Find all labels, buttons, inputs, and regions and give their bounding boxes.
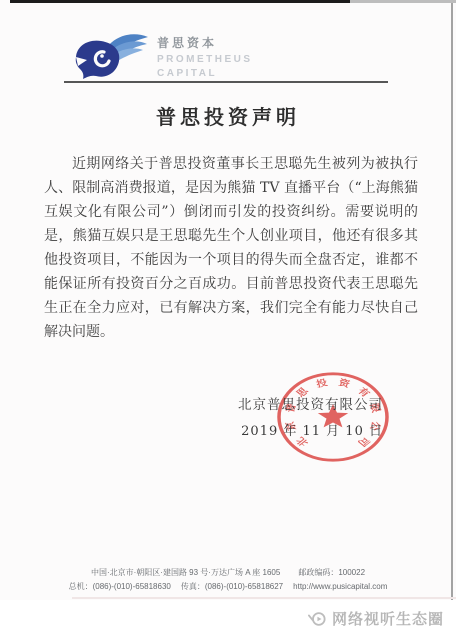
footer-contact: 中国·北京市·朝阳区·建国路 93 号·万达广场 A 座 1605邮政编码：10… [0, 566, 456, 594]
statement-body: 近期网络关于普思投资董事长王思聪先生被列为被执行人、限制高消费报道，是因为熊猫 … [44, 152, 418, 344]
statement-letter-page: 普思资本 PROMETHEUS CAPITAL 普思投资声明 近期网络关于普思投… [0, 0, 456, 640]
letterhead-divider [64, 81, 388, 83]
signature-company: 北京普思投资有限公司 [238, 393, 383, 413]
photo-edge-top [10, 0, 350, 3]
brand-name-cn: 普思资本 [157, 34, 253, 51]
footer-phone: 总机：(086)-(010)-65818630 [69, 582, 171, 591]
photo-edge-top-light [350, 0, 456, 3]
footer-postcode: 邮政编码：100022 [298, 568, 365, 577]
brand-name-en-2: CAPITAL [157, 68, 253, 79]
signature-date: 2019 年 11 月 10 日 [241, 420, 383, 439]
footer-fax: 传真：(086)-(010)-65818627 [181, 582, 283, 591]
photo-edge-right [451, 3, 453, 620]
svg-text:投: 投 [314, 376, 328, 389]
photo-edge-bottom [72, 597, 456, 599]
brand-text: 普思资本 PROMETHEUS CAPITAL [157, 34, 253, 79]
watermark-label: 网络视听生态圈 [332, 608, 444, 629]
footer-address: 中国·北京市·朝阳区·建国路 93 号·万达广场 A 座 1605 [91, 568, 280, 577]
document-title: 普思投资声明 [0, 101, 456, 130]
play-circle-icon [308, 610, 326, 628]
watermark: 网络视听生态圈 [308, 608, 444, 629]
bottom-strip: 网络视听生态圈 [0, 600, 456, 640]
footer-website: http://www.pusicapital.com [293, 582, 387, 591]
prometheus-bird-logo-icon [71, 32, 149, 80]
footer-line-address: 中国·北京市·朝阳区·建国路 93 号·万达广场 A 座 1605邮政编码：10… [0, 566, 456, 580]
company-seal-stamp: 北京普思投资有限公司 [273, 369, 393, 465]
brand-name-en-1: PROMETHEUS [157, 54, 253, 65]
footer-line-phone: 总机：(086)-(010)-65818630传真：(086)-(010)-65… [0, 580, 456, 594]
svg-text:资: 资 [337, 376, 352, 390]
